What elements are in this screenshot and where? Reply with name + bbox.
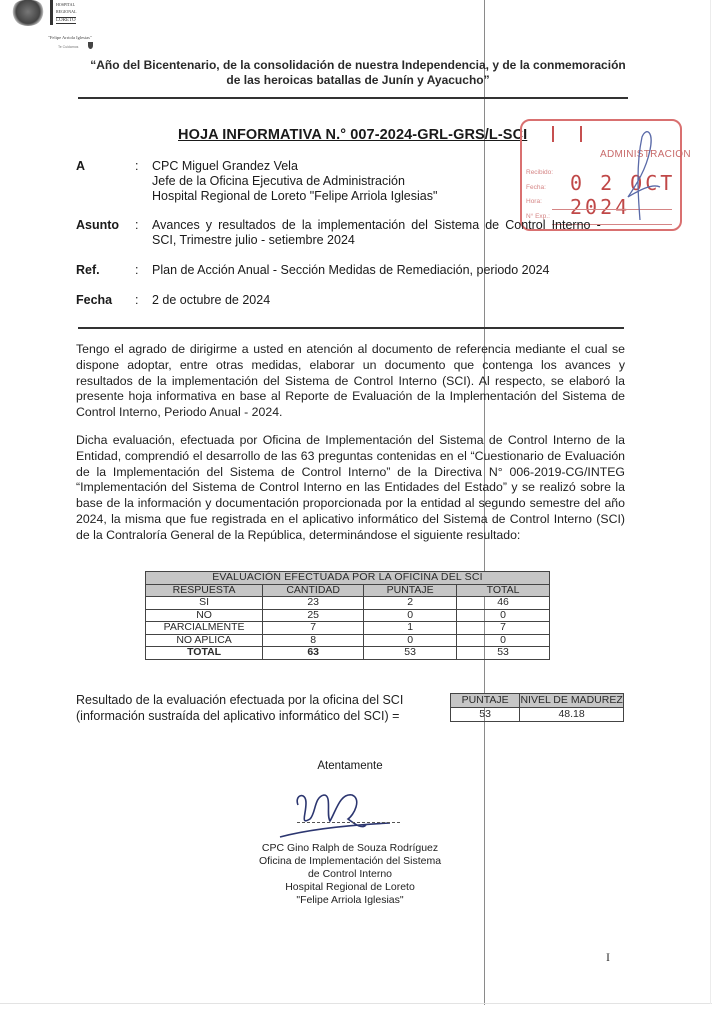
- cell-total: 0: [457, 609, 550, 622]
- table-row: NO 25 0 0: [146, 609, 550, 622]
- field-value: Plan de Acción Anual - Sección Medidas d…: [152, 263, 700, 278]
- header-divider: [78, 97, 628, 99]
- cell-respuesta: NO: [146, 609, 263, 622]
- document-page: HOSPITAL REGIONAL LORETO "Felipe Arriola…: [0, 0, 724, 1024]
- evaluation-table: EVALUACIÓN EFECTUADA POR LA OFICINA DEL …: [145, 571, 550, 660]
- column-header-nivel-madurez: NIVEL DE MADUREZ: [520, 694, 624, 708]
- cell-total: 7: [457, 622, 550, 635]
- signature-line: [297, 822, 400, 823]
- page-number: I: [606, 950, 610, 965]
- closing-salutation: Atentamente: [250, 760, 450, 772]
- field-colon: :: [135, 218, 138, 233]
- result-line-2: (información sustraída del aplicativo in…: [76, 709, 403, 725]
- stamp-logo-icon: [552, 126, 578, 142]
- signer-institution: Hospital Regional de Loreto: [220, 881, 480, 894]
- wordmark-line-3: LORETO: [56, 17, 76, 24]
- wordmark-line-1: HOSPITAL: [56, 2, 75, 7]
- scan-page-edge: [0, 1003, 712, 1004]
- hospital-sub-motto: Te Cuidamos: [58, 45, 78, 49]
- signer-office: Oficina de Implementación del Sistema: [220, 855, 480, 868]
- field-label: Ref.: [76, 263, 100, 278]
- table-caption: EVALUACIÓN EFECTUADA POR LA OFICINA DEL …: [146, 572, 550, 585]
- wordmark-line-2: REGIONAL: [56, 9, 76, 14]
- field-label: Fecha: [76, 293, 112, 308]
- result-description: Resultado de la evaluación efectuada por…: [76, 693, 403, 724]
- recipient-name: CPC Miguel Grandez Vela: [152, 159, 700, 174]
- cell-respuesta: PARCIALMENTE: [146, 622, 263, 635]
- signer-block: CPC Gino Ralph de Souza Rodríguez Oficin…: [220, 842, 480, 907]
- cell-cantidad: 63: [263, 647, 364, 660]
- body-divider: [78, 327, 624, 329]
- cell-total: 0: [457, 634, 550, 647]
- document-title: HOJA INFORMATIVA N.° 007-2024-GRL-GRS/L-…: [178, 127, 527, 143]
- cell-respuesta: SI: [146, 597, 263, 610]
- recipient-position: Jefe de la Oficina Ejecutiva de Administ…: [152, 174, 700, 189]
- cell-respuesta: NO APLICA: [146, 634, 263, 647]
- regional-emblem-icon: [12, 0, 44, 26]
- score-value: 53: [451, 708, 520, 722]
- result-table: PUNTAJE NIVEL DE MADUREZ 53 48.18: [450, 693, 624, 722]
- field-label: Asunto: [76, 218, 119, 233]
- field-value: 2 de octubre de 2024: [152, 293, 700, 308]
- result-header-row: PUNTAJE NIVEL DE MADUREZ: [451, 694, 624, 708]
- field-colon: :: [135, 263, 138, 278]
- column-header-puntaje: PUNTAJE: [451, 694, 520, 708]
- scan-page-edge-right: [710, 0, 711, 1004]
- field-value: Avances y resultados de la implementació…: [152, 218, 700, 248]
- cell-puntaje: 1: [364, 622, 457, 635]
- cell-cantidad: 23: [263, 597, 364, 610]
- year-motto-line-2: de las heroicas batallas de Junín y Ayac…: [78, 73, 638, 88]
- cell-total: 46: [457, 597, 550, 610]
- signer-name: CPC Gino Ralph de Souza Rodríguez: [220, 842, 480, 855]
- subject-line-2: SCI, Trimestre julio - setiembre 2024: [152, 233, 700, 248]
- table-total-row: TOTAL 63 53 53: [146, 647, 550, 660]
- signer-institution-name: "Felipe Arriola Iglesias": [220, 894, 480, 907]
- subject-line-1: Avances y resultados de la implementació…: [152, 218, 700, 233]
- cell-cantidad: 8: [263, 634, 364, 647]
- cell-cantidad: 7: [263, 622, 364, 635]
- cell-respuesta: TOTAL: [146, 647, 263, 660]
- year-motto: “Año del Bicentenario, de la consolidaci…: [78, 58, 638, 88]
- table-row: PARCIALMENTE 7 1 7: [146, 622, 550, 635]
- table-header-row: RESPUESTA CANTIDAD PUNTAJE TOTAL: [146, 584, 550, 597]
- field-label: A: [76, 159, 85, 174]
- hospital-wordmark: HOSPITAL REGIONAL LORETO: [50, 0, 115, 25]
- cell-cantidad: 25: [263, 609, 364, 622]
- table-caption-row: EVALUACIÓN EFECTUADA POR LA OFICINA DEL …: [146, 572, 550, 585]
- cell-puntaje: 0: [364, 634, 457, 647]
- column-header-total: TOTAL: [457, 584, 550, 597]
- column-header-cantidad: CANTIDAD: [263, 584, 364, 597]
- column-header-puntaje: PUNTAJE: [364, 584, 457, 597]
- body-paragraph-2: Dicha evaluación, efectuada por Oficina …: [76, 433, 625, 544]
- cell-total: 53: [457, 647, 550, 660]
- signer-office-cont: de Control Interno: [220, 868, 480, 881]
- cell-puntaje: 0: [364, 609, 457, 622]
- recipient-institution: Hospital Regional de Loreto "Felipe Arri…: [152, 189, 700, 204]
- cell-puntaje: 2: [364, 597, 457, 610]
- handwritten-signature-icon: [270, 785, 410, 840]
- hospital-motto: "Felipe Arriola Iglesias": [48, 35, 92, 40]
- cell-puntaje: 53: [364, 647, 457, 660]
- result-line-1: Resultado de la evaluación efectuada por…: [76, 693, 403, 709]
- body-paragraph-1: Tengo el agrado de dirigirme a usted en …: [76, 342, 625, 421]
- field-colon: :: [135, 293, 138, 308]
- stamp-logo-mark-icon: [580, 126, 594, 142]
- year-motto-line-1: “Año del Bicentenario, de la consolidaci…: [78, 58, 638, 73]
- hospital-logo: HOSPITAL REGIONAL LORETO "Felipe Arriola…: [10, 0, 105, 55]
- table-row: NO APLICA 8 0 0: [146, 634, 550, 647]
- column-header-respuesta: RESPUESTA: [146, 584, 263, 597]
- table-row: SI 23 2 46: [146, 597, 550, 610]
- shield-icon: [88, 42, 93, 49]
- field-value: CPC Miguel Grandez Vela Jefe de la Ofici…: [152, 159, 700, 204]
- maturity-level-value: 48.18: [520, 708, 624, 722]
- result-value-row: 53 48.18: [451, 708, 624, 722]
- field-colon: :: [135, 159, 138, 174]
